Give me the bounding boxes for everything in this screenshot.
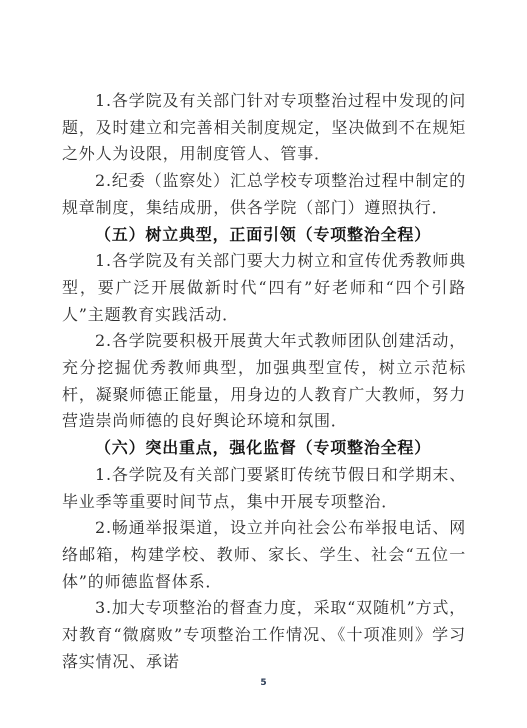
paragraph: 2.纪委（监察处）汇总学校专项整治过程中制定的规章制度，集结成册，供各学院（部门… — [62, 168, 466, 221]
document-body: 1.各学院及有关部门针对专项整治过程中发现的问题，及时建立和完善相关制度规定，坚… — [62, 88, 466, 675]
paragraph: 3.加大专项整治的督查力度，采取“双随机”方式，对教育“微腐败”专项整治工作情况… — [62, 595, 466, 675]
paragraph: 1.各学院及有关部门要大力树立和宣传优秀教师典型，要广泛开展做新时代“四有”好老… — [62, 248, 466, 328]
paragraph: 1.各学院及有关部门要紧盯传统节假日和学期末、毕业季等重要时间节点，集中开展专项… — [62, 462, 466, 515]
section-heading-5: （五）树立典型，正面引领（专项整治全程） — [62, 222, 466, 249]
section-heading-6: （六）突出重点，强化监督（专项整治全程） — [62, 435, 466, 462]
document-page: 1.各学院及有关部门针对专项整治过程中发现的问题，及时建立和完善相关制度规定，坚… — [0, 0, 527, 728]
paragraph: 2.各学院要积极开展黄大年式教师团队创建活动，充分挖掘优秀教师典型，加强典型宣传… — [62, 328, 466, 435]
page-number: 5 — [0, 678, 527, 688]
paragraph: 2.畅通举报渠道，设立并向社会公布举报电话、网络邮箱，构建学校、教师、家长、学生… — [62, 515, 466, 595]
paragraph: 1.各学院及有关部门针对专项整治过程中发现的问题，及时建立和完善相关制度规定，坚… — [62, 88, 466, 168]
